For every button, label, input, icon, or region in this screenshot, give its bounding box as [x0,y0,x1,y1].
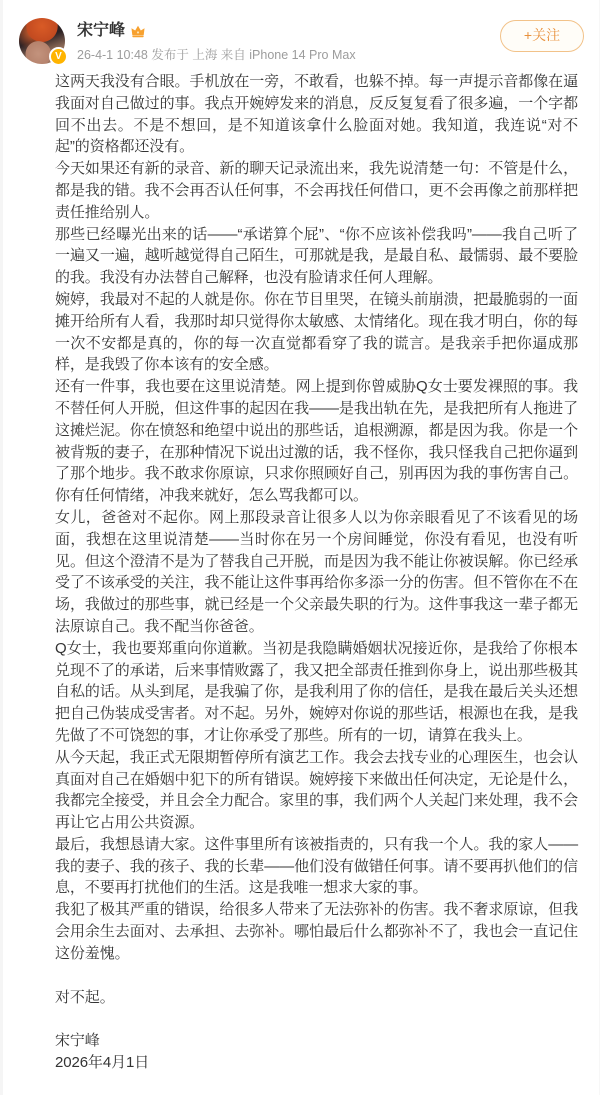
post-paragraph: 这两天我没有合眼。手机放在一旁，不敢看，也躲不掉。每一声提示音都像在逼我面对自己… [55,71,578,158]
post-paragraph: 女儿，爸爸对不起你。网上那段录音让很多人以为你亲眼看见了不该看见的场面，我想在这… [55,507,578,638]
post-paragraph: 婉婷，我最对不起的人就是你。你在节目里哭，在镜头前崩溃，把最脆弱的一面摊开给所有… [55,289,578,376]
user-name-row: 宋宁峰 [77,21,146,41]
post-paragraph: 最后，我想恳请大家。这件事里所有该被指责的，只有我一个人。我的家人——我的妻子、… [55,834,578,899]
post-paragraph: 还有一件事，我也要在这里说清楚。网上提到你曾威胁Q女士要发裸照的事。我不替任何人… [55,376,578,507]
follow-button[interactable]: +关注 [500,20,584,52]
post-meta: 26-4-1 10:48 发布于 上海 来自 iPhone 14 Pro Max [77,46,356,64]
post-paragraph: 我犯了极其严重的错误，给很多人带来了无法弥补的伤害。我不奢求原谅，但我会用余生去… [55,899,578,964]
signature-date: 2026年4月1日 [55,1052,578,1074]
post-paragraph: Q女士，我也要郑重向你道歉。当初是我隐瞒婚姻状况接近你，是我给了你根本兑现不了的… [55,638,578,747]
user-name[interactable]: 宋宁峰 [77,21,125,41]
post-paragraph: 今天如果还有新的录音、新的聊天记录流出来，我先说清楚一句：不管是什么，都是我的错… [55,158,578,223]
closing-apology: 对不起。 [55,987,578,1009]
post-header: V 宋宁峰 26-4-1 10:48 发布于 上海 来自 iPhone 14 P… [19,17,584,71]
weibo-post-card: V 宋宁峰 26-4-1 10:48 发布于 上海 来自 iPhone 14 P… [0,0,600,1095]
post-paragraph: 那些已经曝光出来的话——“承诺算个屁”、“你不应该补偿我吗”——我自己听了一遍又… [55,224,578,289]
vip-crown-icon [130,23,146,39]
post-body: 这两天我没有合眼。手机放在一旁，不敢看，也躲不掉。每一声提示音都像在逼我面对自己… [55,71,578,1074]
verified-v-icon: V [49,47,68,66]
post-paragraph: 从今天起，我正式无限期暂停所有演艺工作。我会去找专业的心理医生，也会认真面对自己… [55,747,578,834]
signature-name: 宋宁峰 [55,1030,578,1052]
